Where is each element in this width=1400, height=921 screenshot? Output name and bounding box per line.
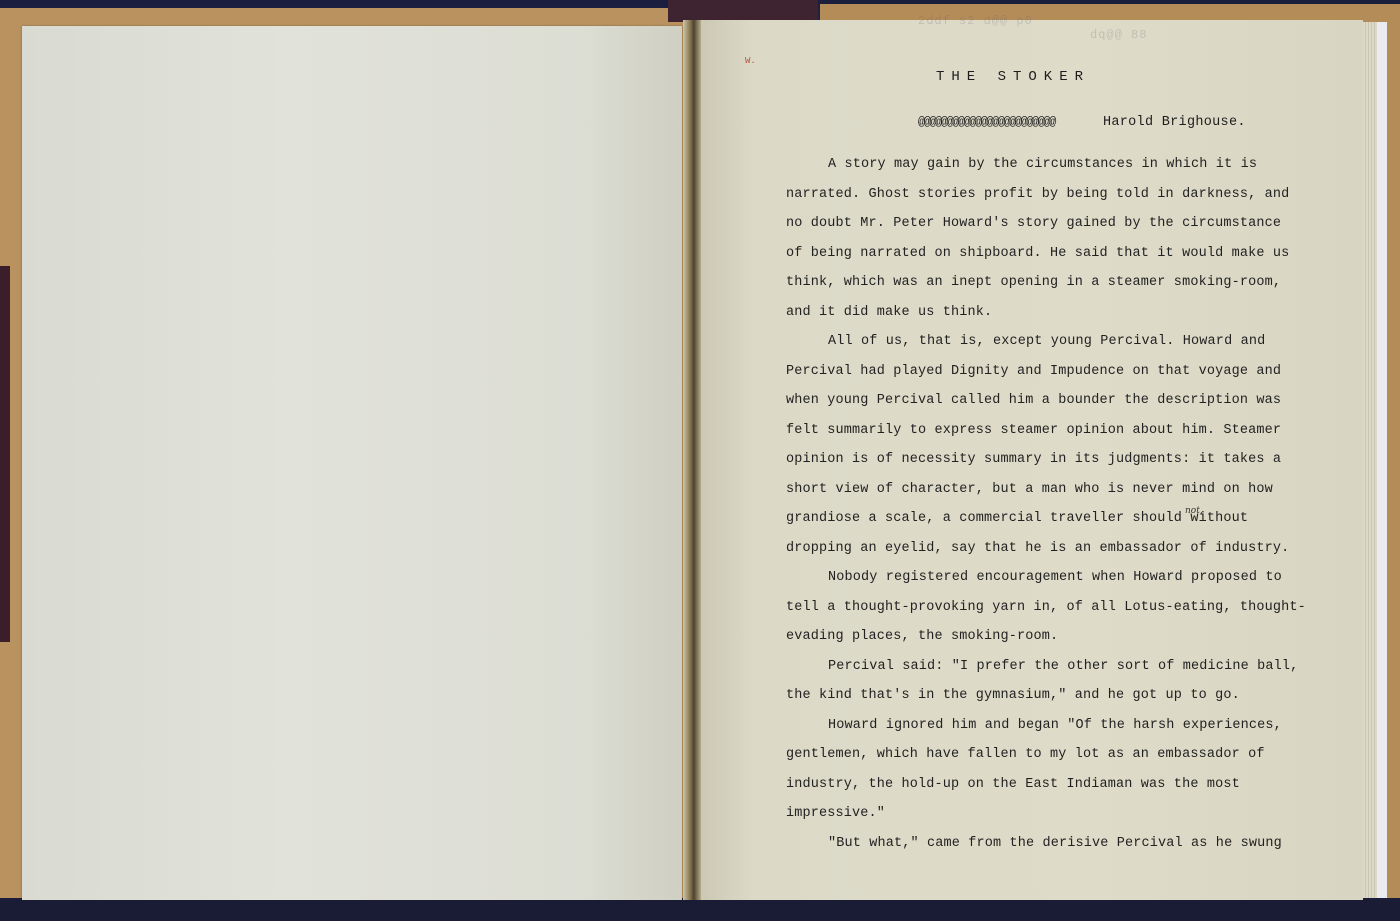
book-gutter (683, 20, 701, 900)
text-line: Percival had played Dignity and Impudenc… (786, 357, 1356, 387)
left-cover-binding (0, 266, 10, 642)
text-line: All of us, that is, except young Perciva… (786, 327, 1356, 357)
bleed-through-stamp-1: 2ddf s2 d@@ p0 (918, 14, 1033, 28)
left-page-blank (22, 26, 682, 902)
text-line: evading places, the smoking-room. (786, 622, 1356, 652)
text-line: industry, the hold-up on the East Indiam… (786, 770, 1356, 800)
text-line: grandiose a scale, a commercial travelle… (786, 504, 1356, 534)
text-line: narrated. Ghost stories profit by being … (786, 180, 1356, 210)
body-text: A story may gain by the circumstances in… (786, 150, 1356, 858)
text-line: think, which was an inept opening in a s… (786, 268, 1356, 298)
text-line: and it did make us think. (786, 298, 1356, 328)
text-line: dropping an eyelid, say that he is an em… (786, 534, 1356, 564)
text-line: A story may gain by the circumstances in… (786, 150, 1356, 180)
spine-top (668, 0, 818, 22)
book-cloth-bottom (0, 900, 1400, 921)
text-line: Percival said: "I prefer the other sort … (786, 652, 1356, 682)
text-line: of being narrated on shipboard. He said … (786, 239, 1356, 269)
text-line: felt summarily to express steamer opinio… (786, 416, 1356, 446)
decorative-rule: @@@@@@@@@@@@@@@@@@@@@@@@ (918, 115, 1055, 129)
bleed-through-stamp-2: dq@@ 88 (1090, 28, 1147, 42)
text-line: Howard ignored him and began "Of the har… (786, 711, 1356, 741)
text-line: gentlemen, which have fallen to my lot a… (786, 740, 1356, 770)
text-line: the kind that's in the gymnasium," and h… (786, 681, 1356, 711)
handwritten-annotation: not, (1185, 506, 1203, 516)
author-name: Harold Brighouse. (1103, 115, 1246, 130)
text-line: when young Percival called him a bounder… (786, 386, 1356, 416)
document-title: THE STOKER (936, 69, 1090, 85)
text-line: opinion is of necessity summary in its j… (786, 445, 1356, 475)
text-line: Nobody registered encouragement when How… (786, 563, 1356, 593)
margin-mark: W. (745, 56, 756, 66)
text-line: short view of character, but a man who i… (786, 475, 1356, 505)
text-line: "But what," came from the derisive Perci… (786, 829, 1356, 859)
text-line: no doubt Mr. Peter Howard's story gained… (786, 209, 1356, 239)
text-line: impressive." (786, 799, 1356, 829)
page-stack-edges (1363, 22, 1377, 898)
byline: @@@@@@@@@@@@@@@@@@@@@@@@ Harold Brighous… (918, 115, 1246, 130)
page-stack-outer-edge (1377, 22, 1387, 898)
text-line: tell a thought-provoking yarn in, of all… (786, 593, 1356, 623)
